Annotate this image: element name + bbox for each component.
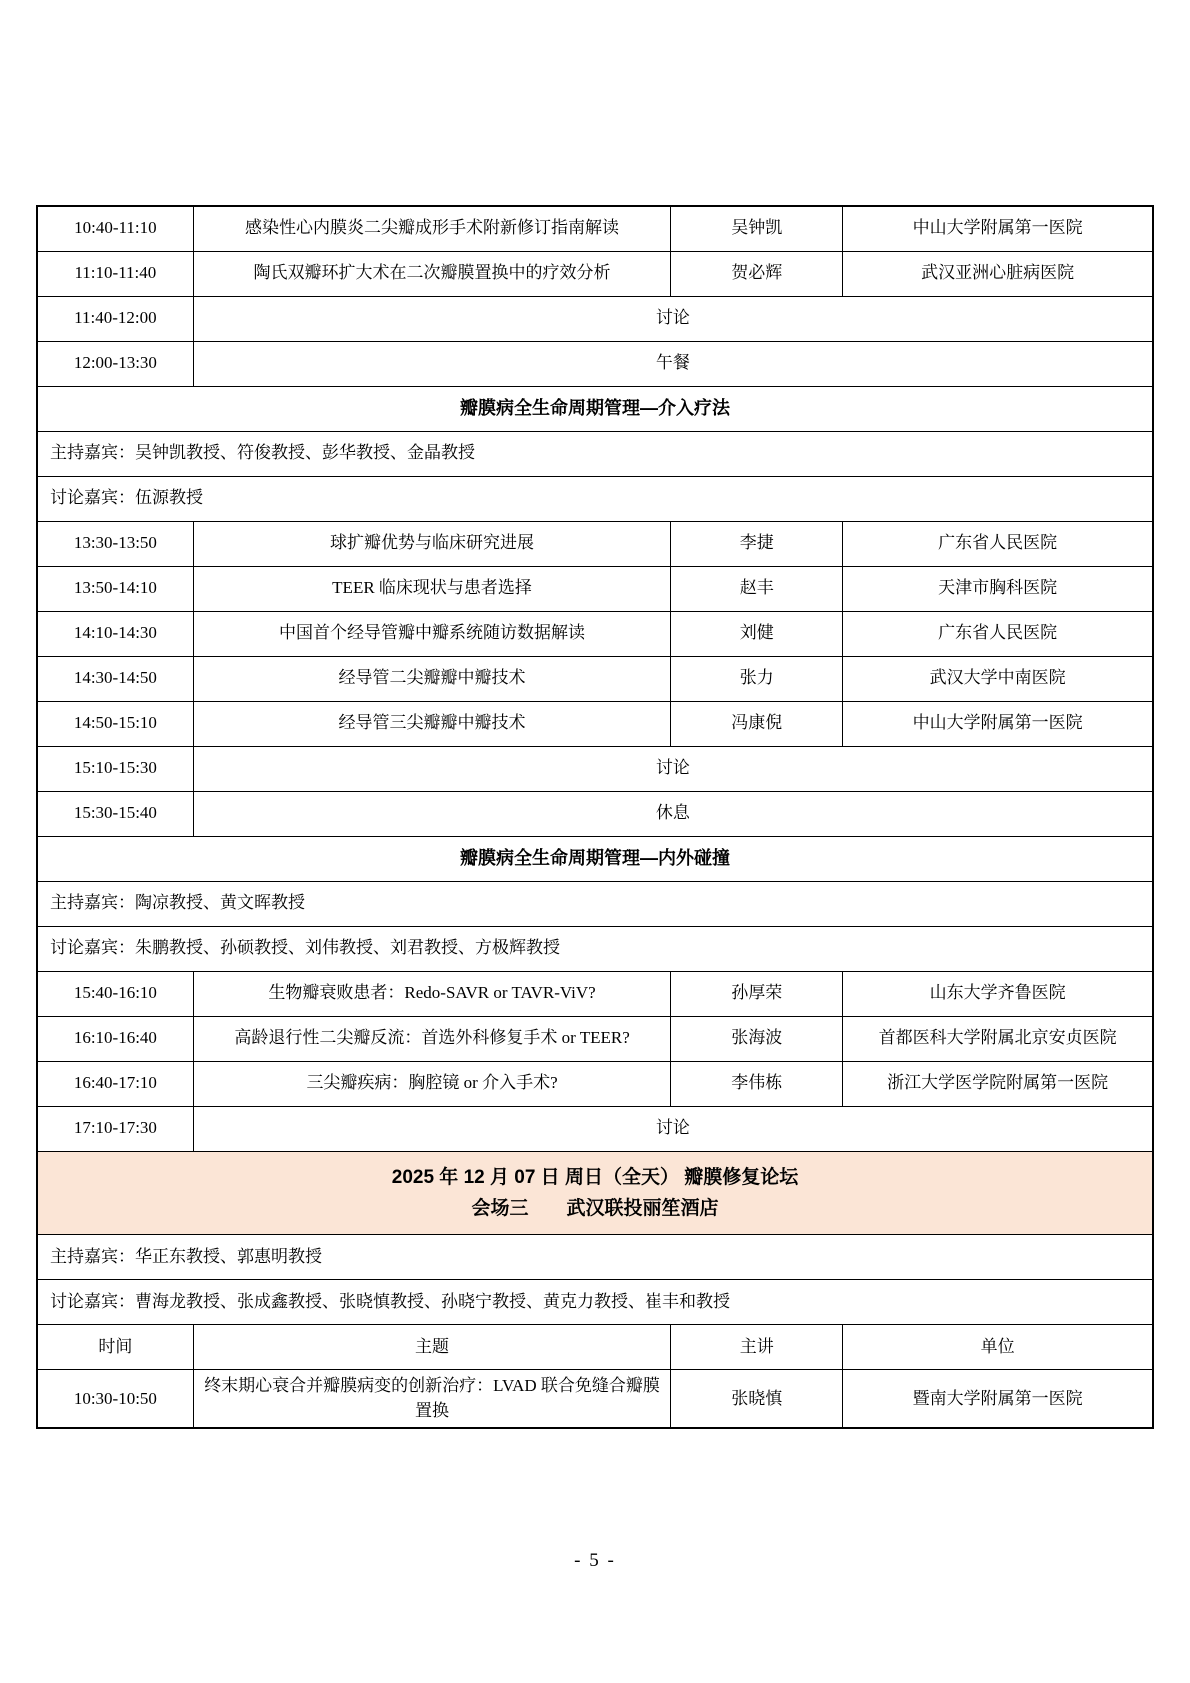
table-row-meta: 主持嘉宾：陶凉教授、黄文晖教授 [37,881,1153,926]
guest-list-text: 主持嘉宾：华正东教授、郭惠明教授 [37,1235,1153,1280]
cell-speaker: 李捷 [671,521,843,566]
cell-org: 广东省人民医院 [843,611,1153,656]
section-title: 瓣膜病全生命周期管理—介入疗法 [37,386,1153,431]
table-row-entry: 14:30-14:50经导管二尖瓣瓣中瓣技术张力武汉大学中南医院 [37,656,1153,701]
table-row-entry: 14:50-15:10经导管三尖瓣瓣中瓣技术冯康倪中山大学附属第一医院 [37,701,1153,746]
table-row-section: 瓣膜病全生命周期管理—内外碰撞 [37,836,1153,881]
cell-topic: 终末期心衰合并瓣膜病变的创新治疗：LVAD 联合免缝合瓣膜置换 [193,1370,671,1429]
table-row-meta: 讨论嘉宾：伍源教授 [37,476,1153,521]
cell-time: 15:30-15:40 [37,791,193,836]
table-row-header: 时间主题主讲单位 [37,1325,1153,1370]
table-row-entry: 15:40-16:10生物瓣衰败患者：Redo-SAVR or TAVR-ViV… [37,971,1153,1016]
table-row-meta: 讨论嘉宾：朱鹏教授、孙硕教授、刘伟教授、刘君教授、方极辉教授 [37,926,1153,971]
cell-topic: TEER 临床现状与患者选择 [193,566,671,611]
table-row-entry: 11:10-11:40陶氏双瓣环扩大术在二次瓣膜置换中的疗效分析贺必辉武汉亚洲心… [37,251,1153,296]
cell-topic: 经导管三尖瓣瓣中瓣技术 [193,701,671,746]
guest-list-text: 讨论嘉宾：曹海龙教授、张成鑫教授、张晓慎教授、孙晓宁教授、黄克力教授、崔丰和教授 [37,1280,1153,1325]
cell-time: 11:40-12:00 [37,296,193,341]
cell-org: 中山大学附属第一医院 [843,206,1153,251]
cell-time: 14:10-14:30 [37,611,193,656]
day-banner: 2025 年 12 月 07 日 周日（全天） 瓣膜修复论坛会场三 武汉联投丽笙… [37,1151,1153,1235]
cell-org: 天津市胸科医院 [843,566,1153,611]
cell-topic: 高龄退行性二尖瓣反流：首选外科修复手术 or TEER? [193,1016,671,1061]
cell-speaker: 吴钟凯 [671,206,843,251]
cell-time: 12:00-13:30 [37,341,193,386]
cell-speaker: 主讲 [671,1325,843,1370]
cell-speaker: 贺必辉 [671,251,843,296]
cell-time: 10:40-11:10 [37,206,193,251]
cell-speaker: 张晓慎 [671,1370,843,1429]
table-row-full: 11:40-12:00讨论 [37,296,1153,341]
table-row-banner: 2025 年 12 月 07 日 周日（全天） 瓣膜修复论坛会场三 武汉联投丽笙… [37,1151,1153,1235]
table-row-entry: 10:40-11:10感染性心内膜炎二尖瓣成形手术附新修订指南解读吴钟凯中山大学… [37,206,1153,251]
cell-full-text: 讨论 [193,1106,1153,1151]
table-row-entry: 16:40-17:10三尖瓣疾病：胸腔镜 or 介入手术?李伟栋浙江大学医学院附… [37,1061,1153,1106]
cell-time: 时间 [37,1325,193,1370]
guest-list-text: 主持嘉宾：吴钟凯教授、符俊教授、彭华教授、金晶教授 [37,431,1153,476]
table-row-meta: 主持嘉宾：华正东教授、郭惠明教授 [37,1235,1153,1280]
banner-line2: 会场三 武汉联投丽笙酒店 [46,1193,1144,1224]
cell-topic: 感染性心内膜炎二尖瓣成形手术附新修订指南解读 [193,206,671,251]
cell-speaker: 孙厚荣 [671,971,843,1016]
cell-org: 首都医科大学附属北京安贞医院 [843,1016,1153,1061]
cell-time: 11:10-11:40 [37,251,193,296]
cell-full-text: 讨论 [193,746,1153,791]
cell-org: 单位 [843,1325,1153,1370]
table-row-full: 15:10-15:30讨论 [37,746,1153,791]
table-row-section: 瓣膜病全生命周期管理—介入疗法 [37,386,1153,431]
guest-list-text: 主持嘉宾：陶凉教授、黄文晖教授 [37,881,1153,926]
cell-time: 14:30-14:50 [37,656,193,701]
cell-time: 15:10-15:30 [37,746,193,791]
cell-time: 15:40-16:10 [37,971,193,1016]
cell-topic: 中国首个经导管瓣中瓣系统随访数据解读 [193,611,671,656]
cell-speaker: 刘健 [671,611,843,656]
cell-topic: 经导管二尖瓣瓣中瓣技术 [193,656,671,701]
guest-list-text: 讨论嘉宾：伍源教授 [37,476,1153,521]
table-row-entry: 13:30-13:50球扩瓣优势与临床研究进展李捷广东省人民医院 [37,521,1153,566]
schedule-table-body: 10:40-11:10感染性心内膜炎二尖瓣成形手术附新修订指南解读吴钟凯中山大学… [37,206,1153,1428]
guest-list-text: 讨论嘉宾：朱鹏教授、孙硕教授、刘伟教授、刘君教授、方极辉教授 [37,926,1153,971]
page-number: - 5 - [0,1550,1190,1572]
table-row-full: 15:30-15:40休息 [37,791,1153,836]
cell-speaker: 李伟栋 [671,1061,843,1106]
table-row-entry: 14:10-14:30中国首个经导管瓣中瓣系统随访数据解读刘健广东省人民医院 [37,611,1153,656]
cell-full-text: 午餐 [193,341,1153,386]
cell-org: 浙江大学医学院附属第一医院 [843,1061,1153,1106]
cell-topic: 生物瓣衰败患者：Redo-SAVR or TAVR-ViV? [193,971,671,1016]
cell-topic: 陶氏双瓣环扩大术在二次瓣膜置换中的疗效分析 [193,251,671,296]
cell-full-text: 休息 [193,791,1153,836]
cell-time: 13:30-13:50 [37,521,193,566]
cell-time: 16:10-16:40 [37,1016,193,1061]
cell-speaker: 张海波 [671,1016,843,1061]
schedule-table: 10:40-11:10感染性心内膜炎二尖瓣成形手术附新修订指南解读吴钟凯中山大学… [36,205,1154,1429]
cell-topic: 三尖瓣疾病：胸腔镜 or 介入手术? [193,1061,671,1106]
cell-org: 中山大学附属第一医院 [843,701,1153,746]
document-page: 10:40-11:10感染性心内膜炎二尖瓣成形手术附新修订指南解读吴钟凯中山大学… [0,0,1190,1683]
cell-org: 广东省人民医院 [843,521,1153,566]
cell-speaker: 冯康倪 [671,701,843,746]
cell-org: 暨南大学附属第一医院 [843,1370,1153,1429]
banner-line1: 2025 年 12 月 07 日 周日（全天） 瓣膜修复论坛 [46,1162,1144,1193]
cell-time: 10:30-10:50 [37,1370,193,1429]
cell-org: 山东大学齐鲁医院 [843,971,1153,1016]
cell-topic: 球扩瓣优势与临床研究进展 [193,521,671,566]
cell-time: 17:10-17:30 [37,1106,193,1151]
table-row-entry: 10:30-10:50终末期心衰合并瓣膜病变的创新治疗：LVAD 联合免缝合瓣膜… [37,1370,1153,1429]
cell-time: 14:50-15:10 [37,701,193,746]
cell-speaker: 赵丰 [671,566,843,611]
section-title: 瓣膜病全生命周期管理—内外碰撞 [37,836,1153,881]
table-row-meta: 讨论嘉宾：曹海龙教授、张成鑫教授、张晓慎教授、孙晓宁教授、黄克力教授、崔丰和教授 [37,1280,1153,1325]
cell-full-text: 讨论 [193,296,1153,341]
table-row-entry: 13:50-14:10TEER 临床现状与患者选择赵丰天津市胸科医院 [37,566,1153,611]
cell-time: 13:50-14:10 [37,566,193,611]
cell-time: 16:40-17:10 [37,1061,193,1106]
table-row-full: 17:10-17:30讨论 [37,1106,1153,1151]
table-row-entry: 16:10-16:40高龄退行性二尖瓣反流：首选外科修复手术 or TEER?张… [37,1016,1153,1061]
cell-org: 武汉大学中南医院 [843,656,1153,701]
cell-speaker: 张力 [671,656,843,701]
cell-topic: 主题 [193,1325,671,1370]
table-row-full: 12:00-13:30午餐 [37,341,1153,386]
cell-org: 武汉亚洲心脏病医院 [843,251,1153,296]
table-row-meta: 主持嘉宾：吴钟凯教授、符俊教授、彭华教授、金晶教授 [37,431,1153,476]
